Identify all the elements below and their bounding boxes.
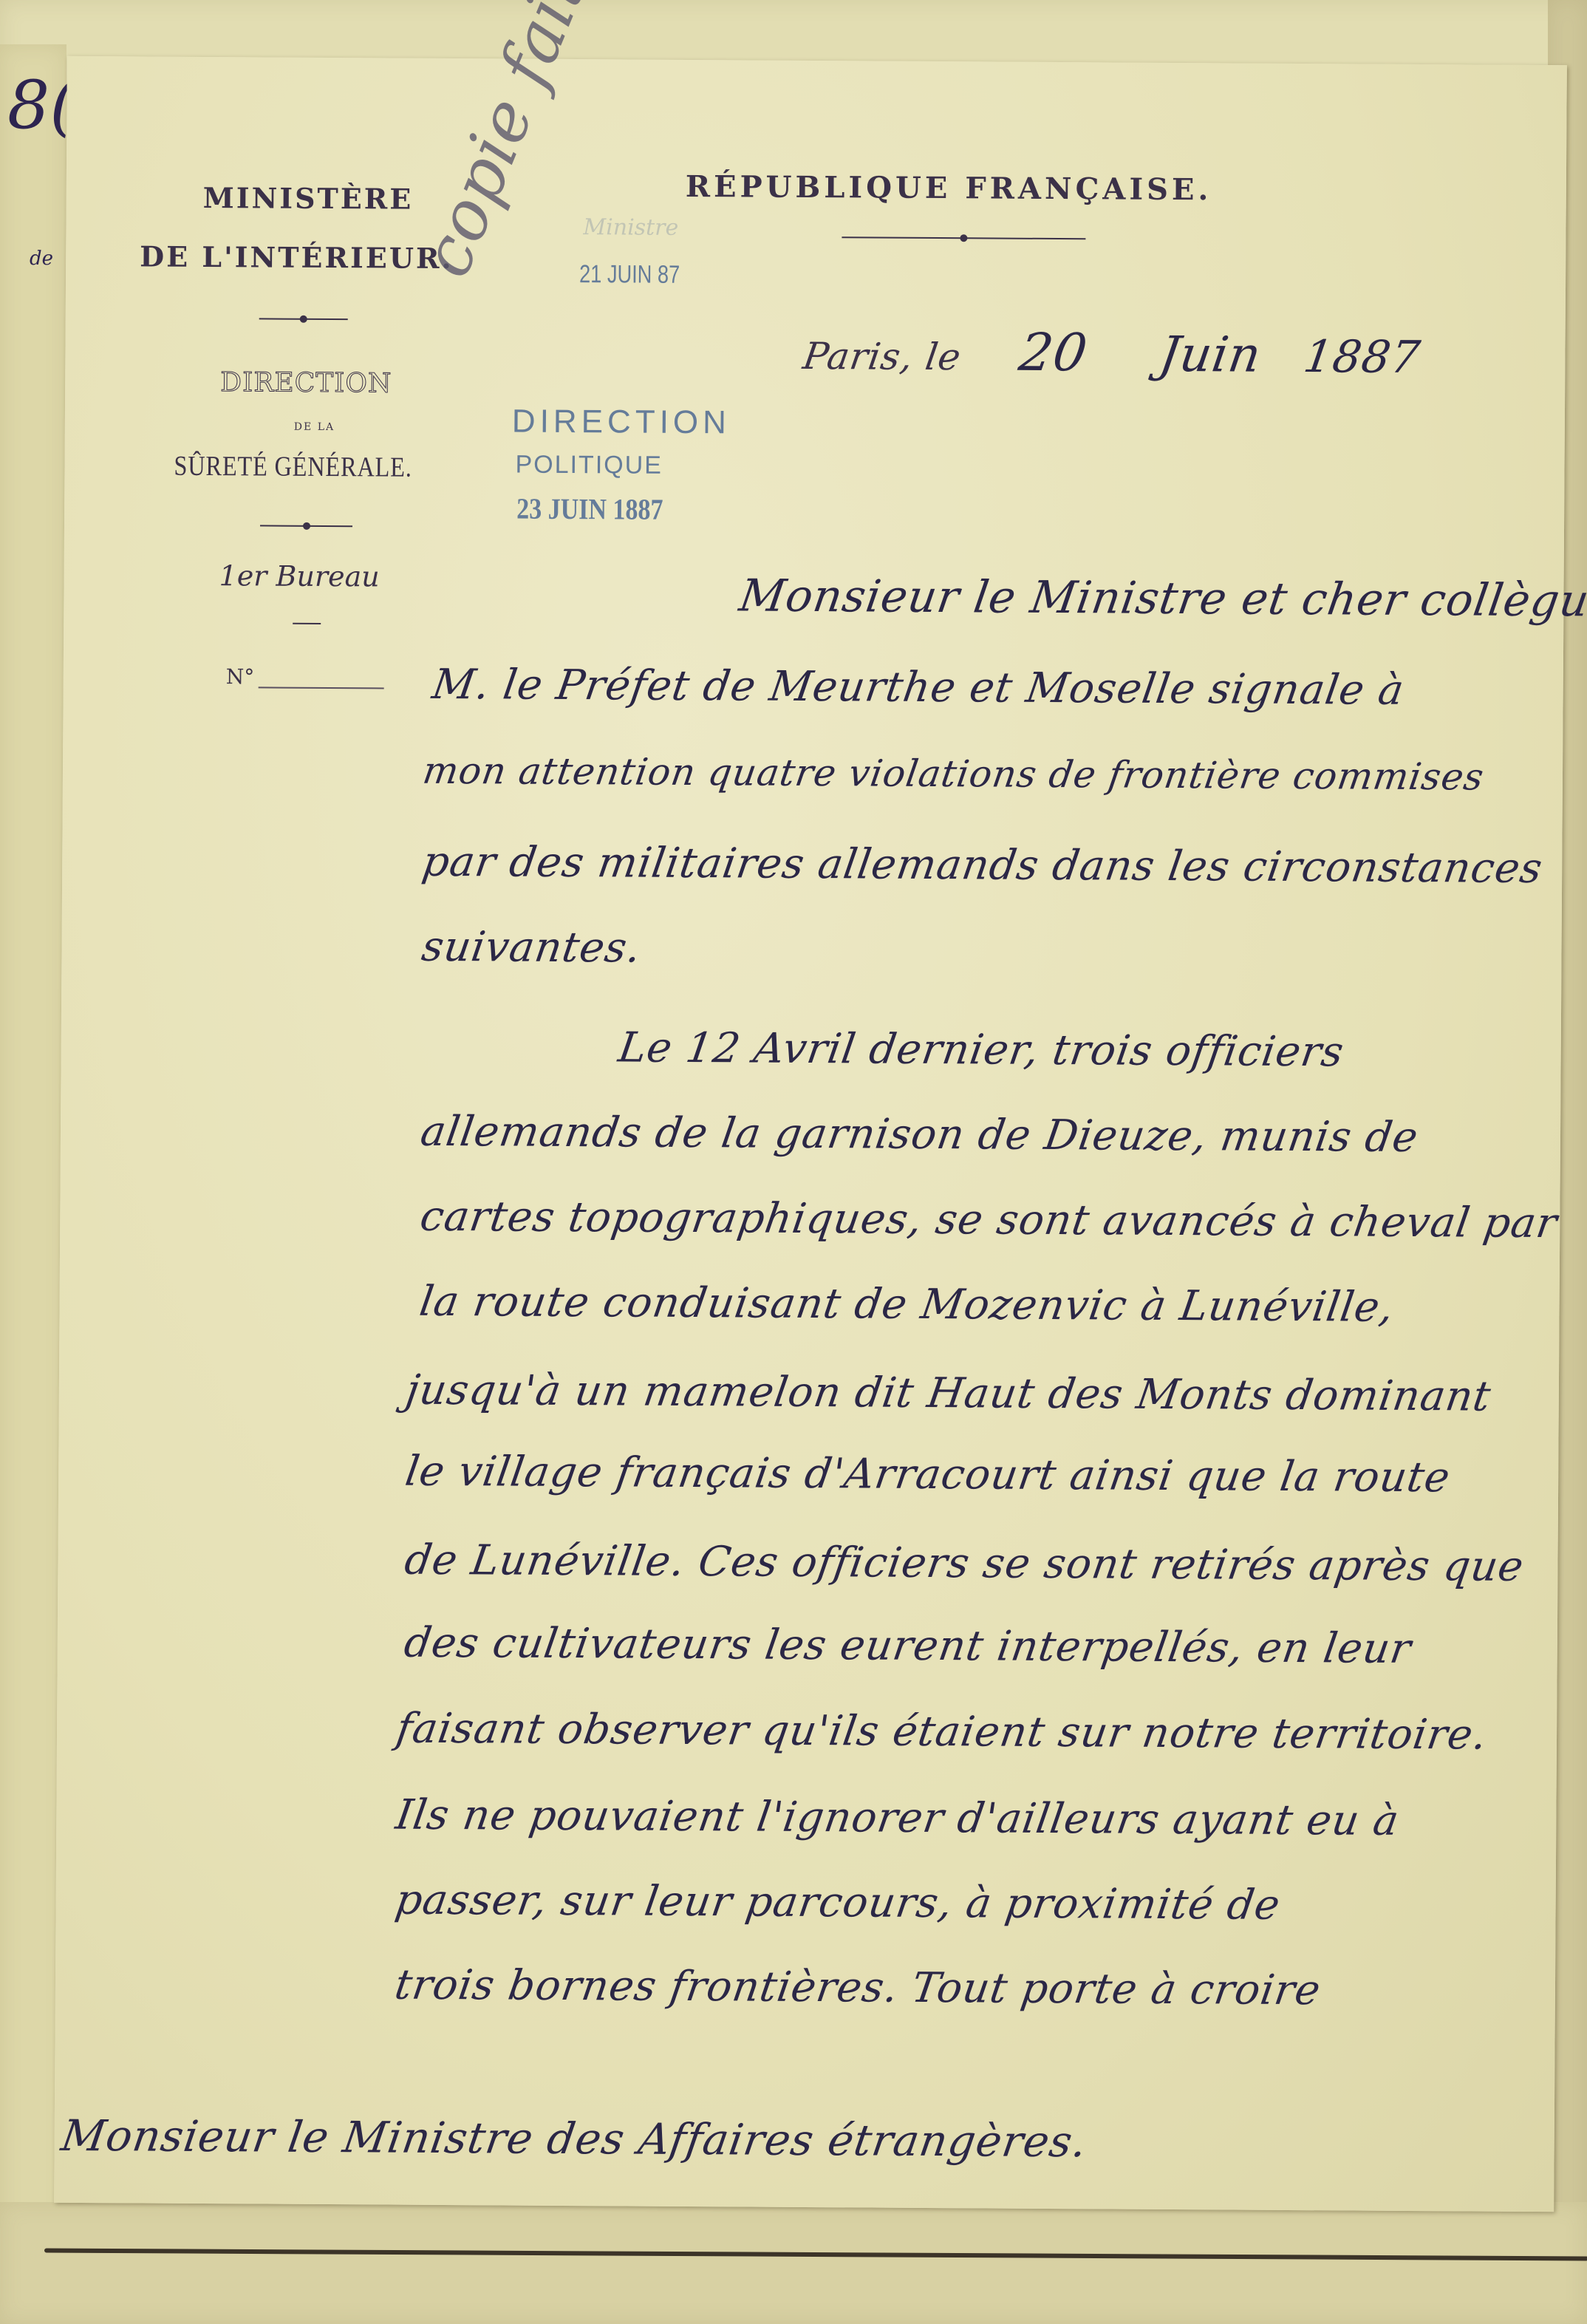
letterhead-bureau: 1er Bureau: [219, 559, 379, 593]
background-sheet-bottom: [0, 2202, 1587, 2324]
stamp-direction: DIRECTION: [512, 403, 731, 442]
letterhead-direction: DIRECTION: [220, 367, 392, 398]
margin-fragment-left-top: 8(: [7, 67, 75, 144]
dateline: Paris, le 20 Juin 1887: [799, 321, 1424, 385]
letterhead-numero-label: N°: [226, 664, 255, 689]
letterhead-surete: SÛRETÉ GÉNÉRALE.: [174, 450, 412, 484]
stamp-direction-date: 23 JUIN 1887: [516, 491, 663, 527]
salutation: Monsieur le Ministre et cher collègue,: [736, 570, 1587, 627]
letter-sheet: MINISTÈRE DE L'INTÉRIEUR. DIRECTION DE L…: [54, 56, 1567, 2212]
body-line: suivantes.: [419, 923, 645, 972]
dateline-year: 1887: [1300, 331, 1424, 384]
margin-fragment-left-mid: de: [30, 248, 53, 270]
stamp-received-label: Ministre: [583, 214, 678, 241]
body-line: la route conduisant de Mozenvic à Lunévi…: [417, 1278, 1397, 1332]
divider-dash: [293, 623, 321, 624]
body-line: le village français d'Arracourt ainsi qu…: [402, 1448, 1453, 1502]
body-line: cartes topographiques, se sont avancés à…: [417, 1193, 1561, 1247]
numero-blank-line: [259, 686, 384, 689]
stamp-politique: POLITIQUE: [515, 451, 663, 480]
ornament-divider-icon: [259, 318, 348, 320]
letterhead-ministry-line1: MINISTÈRE: [203, 181, 414, 216]
dateline-day: 20: [1015, 322, 1091, 383]
body-line: par des militaires allemands dans les ci…: [419, 838, 1546, 893]
body-line: passer, sur leur parcours, à proximité d…: [392, 1876, 1283, 1929]
body-line: trois bornes frontières. Tout porte à cr…: [392, 1961, 1324, 2015]
letterhead-de-la: DE LA: [294, 421, 335, 433]
body-line: mon attention quatre violations de front…: [420, 749, 1487, 799]
stamp-received-date: 21 JUIN 87: [579, 260, 680, 290]
body-line: allemands de la garnison de Dieuze, muni…: [417, 1108, 1422, 1162]
body-line: M. le Préfet de Meurthe et Moselle signa…: [429, 661, 1407, 715]
dateline-month: Juin: [1156, 326, 1265, 384]
body-line: Ils ne pouvaient l'ignorer d'ailleurs ay…: [393, 1791, 1403, 1845]
body-line: de Lunéville. Ces officiers se sont reti…: [402, 1536, 1527, 1591]
dateline-prefix: Paris, le: [800, 335, 964, 378]
body-line: faisant observer qu'ils étaient sur notr…: [393, 1705, 1490, 1759]
letterhead-republic: RÉPUBLIQUE FRANÇAISE.: [686, 169, 1212, 207]
ornament-divider-icon: [842, 236, 1085, 239]
addressee-line: Monsieur le Ministre des Affaires étrang…: [58, 2110, 1091, 2167]
body-line: des cultivateurs les eurent interpellés,…: [401, 1619, 1414, 1673]
body-line: Le 12 Avril dernier, trois officiers: [615, 1023, 1347, 1076]
body-line: jusqu'à un mamelon dit Haut des Monts do…: [403, 1366, 1494, 1421]
ornament-divider-icon: [260, 525, 352, 527]
